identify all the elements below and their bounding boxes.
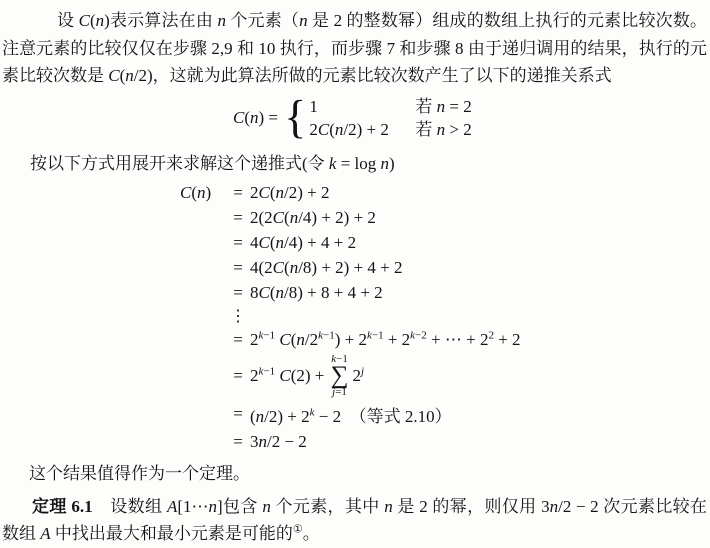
case-expression: 2C(n/2) + 2: [309, 118, 415, 141]
equals-sign: =: [226, 208, 250, 228]
recurrence-cases: 1 若 n = 2 2C(n/2) + 2 若 n > 2: [309, 95, 471, 141]
recurrence-equation: C(n) = { 1 若 n = 2 2C(n/2) + 2 若 n > 2: [233, 91, 707, 145]
derivation-row: C(n) = 2C(n/2) + 2: [180, 180, 707, 205]
equals-sign: =: [226, 233, 250, 253]
derivation-row: = 4(2C(n/8) + 2) + 4 + 2: [180, 255, 707, 280]
case-condition: 若 n > 2: [415, 118, 471, 141]
derivation-row: = 3n/2 − 2: [180, 429, 707, 455]
case-condition: 若 n = 2: [415, 95, 471, 118]
derivation-row: = 4C(n/4) + 4 + 2: [180, 230, 707, 255]
recurrence-lhs: C(n) =: [233, 108, 282, 128]
document-page: 设 C(n)表示算法在由 n 个元素（n 是 2 的整数幂）组成的数组上执行的元…: [0, 0, 710, 547]
paragraph-theorem: 定理 6.1 设数组 A[1⋯n]包含 n 个元素，其中 n 是 2 的幂，则仅…: [2, 493, 707, 547]
derivation-row: = 2k−1 C(n/2k−1) + 2k−1 + 2k−2 + ⋯ + 22 …: [180, 327, 707, 353]
equals-sign: =: [226, 330, 250, 350]
case-row: 1 若 n = 2: [309, 95, 471, 118]
sigma-glyph: ∑: [331, 365, 349, 387]
case-row: 2C(n/2) + 2 若 n > 2: [309, 118, 471, 141]
case-expression: 1: [309, 95, 415, 118]
derivation-row: = (n/2) + 2k − 2 （等式 2.10）: [180, 399, 707, 429]
derivation-lhs: C(n): [180, 183, 226, 203]
vertical-dots: ⋮: [230, 306, 247, 326]
summation-symbol: k−1 ∑ j=1: [331, 354, 349, 398]
equals-sign: =: [226, 366, 250, 386]
derivation-row: = 2(2C(n/4) + 2) + 2: [180, 205, 707, 230]
derivation-row: = 8C(n/8) + 8 + 4 + 2: [180, 280, 707, 305]
left-brace: {: [284, 93, 306, 140]
equals-sign: =: [226, 183, 250, 203]
paragraph-solve: 按以下方式用展开来求解这个递推式(令 k = log n): [2, 150, 707, 178]
derivation-vdots-row: ⋮: [180, 305, 707, 327]
equals-sign: =: [226, 404, 250, 424]
derivation-sum-row: = 2k−1 C(2) + k−1 ∑ j=1 2j: [180, 353, 707, 399]
paragraph-intro: 设 C(n)表示算法在由 n 个元素（n 是 2 的整数幂）组成的数组上执行的元…: [2, 7, 707, 90]
equals-sign: =: [226, 432, 250, 452]
derivation-block: C(n) = 2C(n/2) + 2 = 2(2C(n/4) + 2) + 2 …: [180, 180, 707, 455]
equals-sign: =: [226, 283, 250, 303]
paragraph-result: 这个结果值得作为一个定理。: [2, 460, 707, 488]
equals-sign: =: [226, 258, 250, 278]
